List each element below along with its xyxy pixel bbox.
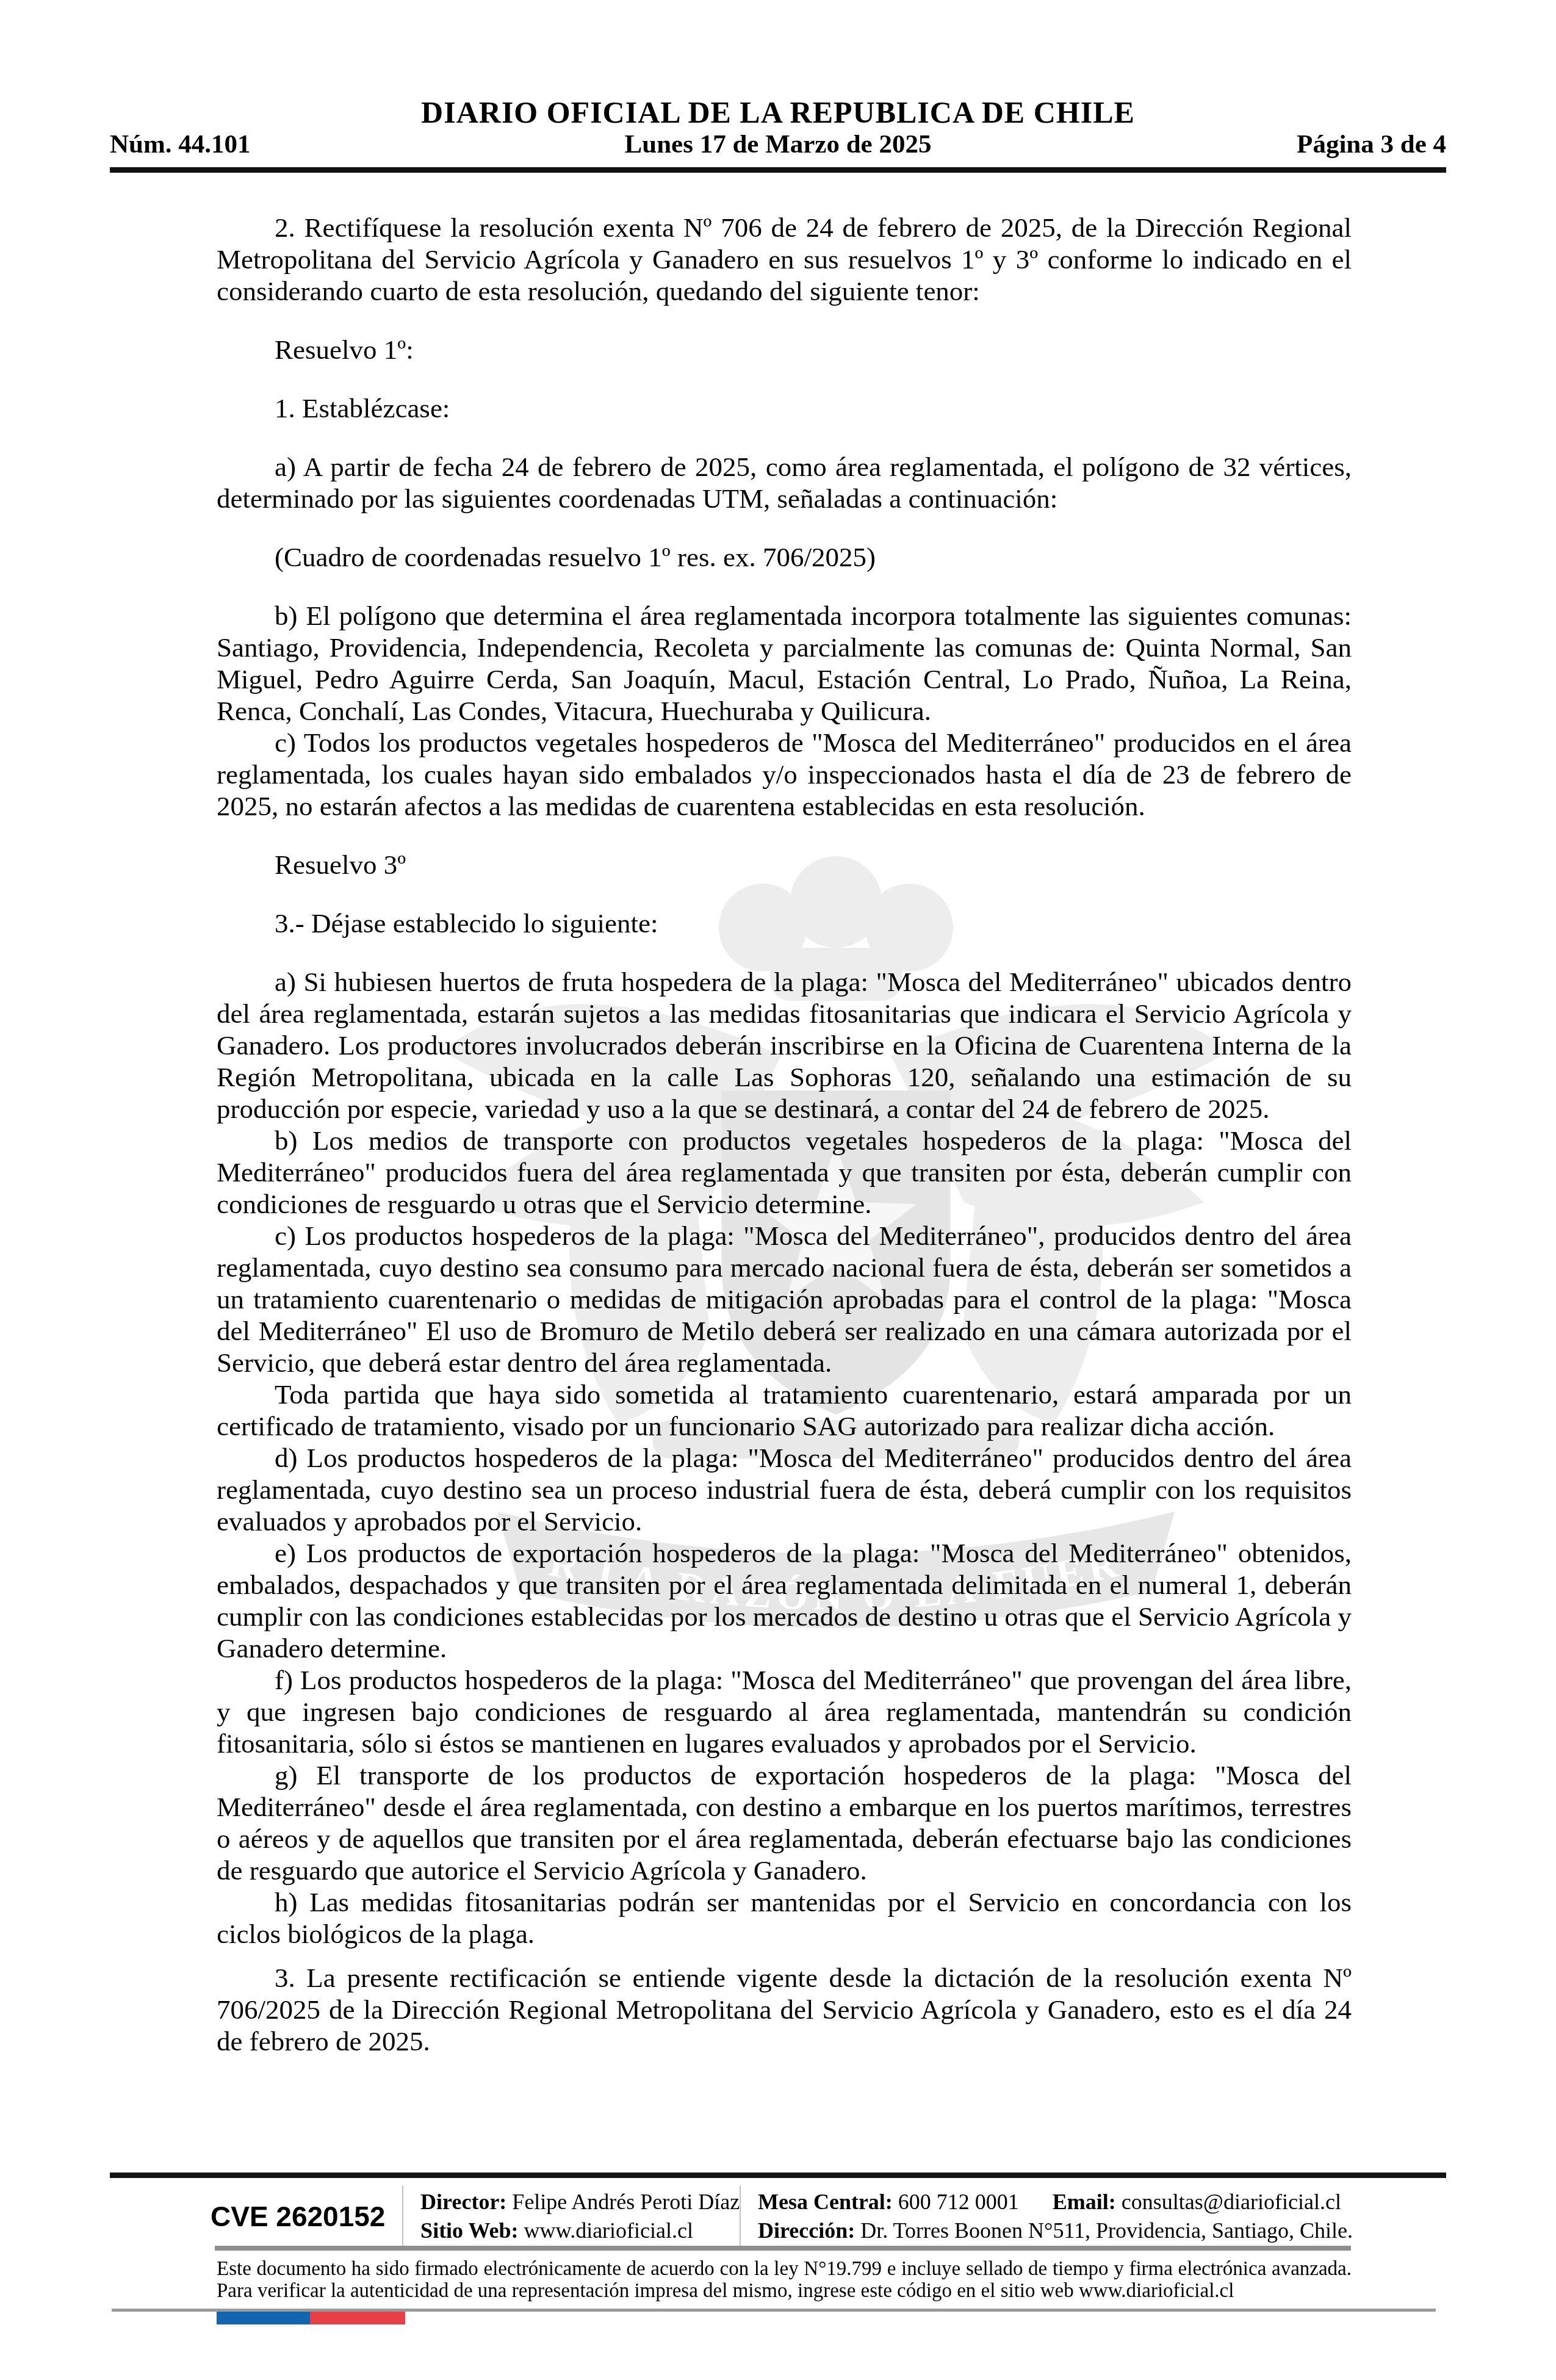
body-paragraph: g) El transporte de los productos de exp… — [217, 1759, 1352, 1886]
body-paragraph: f) Los productos hospederos de la plaga:… — [217, 1664, 1352, 1759]
publication-date: Lunes 17 de Marzo de 2025 — [625, 129, 932, 160]
body-paragraph: b) El polígono que determina el área reg… — [217, 600, 1352, 727]
cve-code: CVE 2620152 — [211, 2186, 402, 2247]
body-paragraph: Resuelvo 3º — [217, 849, 1352, 881]
website-line: Sitio Web: www.diarioficial.cl — [420, 2216, 740, 2245]
body-paragraph: b) Los medios de transporte con producto… — [217, 1125, 1352, 1220]
phone-number: 600 712 0001 — [898, 2190, 1019, 2214]
director-line: Director: Felipe Andrés Peroti Díaz — [420, 2188, 740, 2216]
body-paragraph: (Cuadro de coordenadas resuelvo 1º res. … — [217, 541, 1352, 573]
footer-divider-rule — [215, 2246, 1351, 2251]
body-paragraph: a) A partir de fecha 24 de febrero de 20… — [217, 451, 1352, 514]
phone-email-line: Mesa Central: 600 712 0001 Email: consul… — [758, 2188, 1353, 2216]
address-label: Dirección: — [758, 2218, 855, 2243]
website-label: Sitio Web: — [420, 2218, 518, 2243]
page-indicator: Página 3 de 4 — [931, 129, 1446, 160]
body-paragraph: c) Los productos hospederos de la plaga:… — [217, 1220, 1352, 1379]
address-value: Dr. Torres Boonen N°511, Providencia, Sa… — [860, 2218, 1353, 2243]
footer-director-column: Director: Felipe Andrés Peroti Díaz Siti… — [403, 2186, 740, 2247]
body-paragraph: Toda partida que haya sido sometida al t… — [217, 1379, 1352, 1442]
body-paragraph: h) Las medidas fitosanitarias podrán ser… — [217, 1886, 1352, 1950]
page-header: DIARIO OFICIAL DE LA REPUBLICA DE CHILE … — [0, 0, 1556, 173]
chile-flag — [217, 2312, 405, 2324]
header-rule — [110, 167, 1446, 173]
flag-red-stripe — [310, 2312, 405, 2324]
body-paragraph: e) Los productos de exportación hospeder… — [217, 1537, 1352, 1664]
body-paragraph: c) Todos los productos vegetales hospede… — [217, 727, 1352, 822]
issue-number: Núm. 44.101 — [110, 129, 625, 160]
document-body: 2. Rectifíquese la resolución exenta Nº … — [217, 212, 1352, 2057]
body-paragraph: d) Los productos hospederos de la plaga:… — [217, 1442, 1352, 1537]
footer-top-rule — [110, 2173, 1446, 2178]
body-paragraph: 3. La presente rectificación se entiende… — [217, 1962, 1352, 2057]
masthead-title: DIARIO OFICIAL DE LA REPUBLICA DE CHILE — [110, 96, 1446, 128]
footer-info-bar: CVE 2620152 Director: Felipe Andrés Pero… — [211, 2186, 1353, 2247]
email-label: Email: — [1053, 2190, 1116, 2214]
phone-label: Mesa Central: — [758, 2190, 893, 2214]
footer-contact-column: Mesa Central: 600 712 0001 Email: consul… — [741, 2186, 1353, 2247]
website-url: www.diarioficial.cl — [524, 2218, 693, 2243]
body-paragraph: Resuelvo 1º: — [217, 334, 1352, 366]
flag-blue-stripe — [217, 2312, 310, 2324]
body-paragraph: 3.- Déjase establecido lo siguiente: — [217, 907, 1352, 939]
body-paragraph: 2. Rectifíquese la resolución exenta Nº … — [217, 212, 1352, 307]
body-paragraph: a) Si hubiesen huertos de fruta hospeder… — [217, 966, 1352, 1125]
director-label: Director: — [420, 2190, 506, 2214]
legal-notice: Este documento ha sido firmado electróni… — [217, 2258, 1352, 2302]
body-paragraph: 1. Establézcase: — [217, 392, 1352, 424]
email-address: consultas@diarioficial.cl — [1122, 2190, 1341, 2214]
gazette-page: POR LA RAZÓN O LA FUERZA DIARIO OFICIAL … — [0, 0, 1556, 2380]
address-line: Dirección: Dr. Torres Boonen N°511, Prov… — [758, 2216, 1353, 2245]
director-name: Felipe Andrés Peroti Díaz — [512, 2190, 740, 2214]
